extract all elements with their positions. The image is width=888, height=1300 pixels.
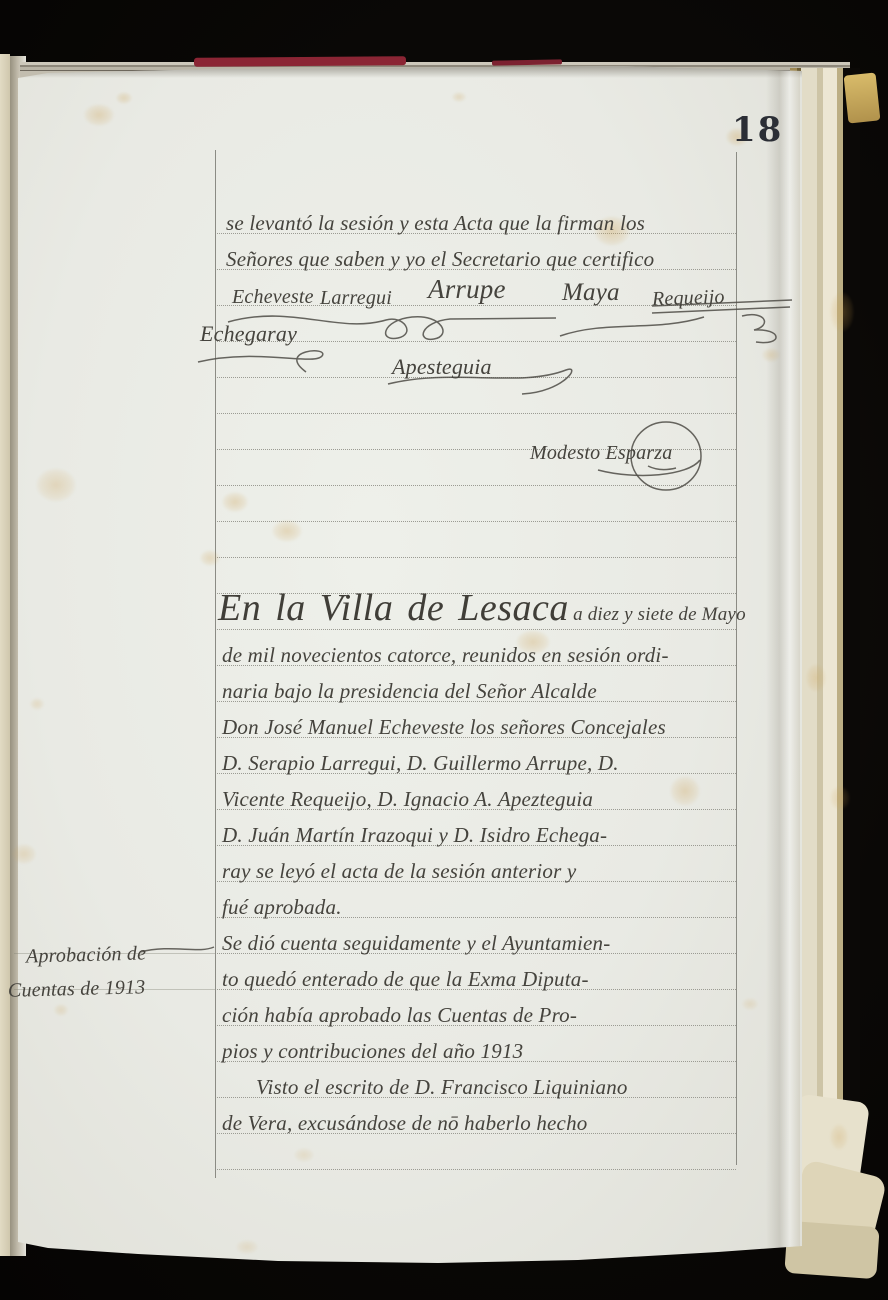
act-line: D. Juán Martín Irazoqui y D. Isidro Eche…	[222, 818, 607, 852]
secretary-signature: Modesto Esparza	[530, 436, 672, 470]
margin-note-line: Cuentas de 1913	[8, 970, 146, 1008]
act-line: Don José Manuel Echeveste los señores Co…	[222, 710, 666, 744]
signature: Echeveste	[232, 280, 314, 314]
margin-note-line: Aprobación de	[26, 936, 147, 973]
act-heading-place: En la Villa de Lesaca	[218, 587, 569, 629]
act-line: Se dió cuenta seguidamente y el Ayuntami…	[222, 926, 610, 960]
signature: Requeijo	[651, 280, 725, 317]
page-number: 18	[732, 110, 783, 150]
closing-line: se levantó la sesión y esta Acta que la …	[226, 206, 645, 240]
rubric-flourish	[198, 351, 323, 372]
act-heading-date: a diez y siete de Mayo	[573, 604, 746, 625]
signature: Maya	[562, 276, 620, 310]
act-line: pios y contribuciones del año 1913	[222, 1034, 523, 1068]
act-line: de Vera, excusándose de nō haberlo hecho	[222, 1106, 587, 1140]
act-line: naria bajo la presidencia del Señor Alca…	[222, 674, 597, 708]
act-line: D. Serapio Larregui, D. Guillermo Arrupe…	[222, 746, 619, 780]
act-line: Visto el escrito de D. Francisco Liquini…	[256, 1070, 628, 1104]
closing-line: Señores que saben y yo el Secretario que…	[226, 242, 654, 276]
signature: Larregui	[320, 281, 392, 315]
signature: Arrupe	[428, 272, 506, 306]
rubric-flourish	[742, 315, 776, 343]
act-line: fué aprobada.	[222, 890, 342, 924]
signature: Echegaray	[200, 317, 297, 351]
archival-photo: 18 se levantó la sesión y esta Acta que …	[0, 0, 888, 1300]
act-heading: En la Villa de Lesaca a diez y siete de …	[218, 586, 746, 638]
act-line: de mil novecientos catorce, reunidos en …	[222, 638, 669, 672]
rubric-flourish	[560, 317, 704, 336]
margin-note-flourish	[140, 947, 214, 952]
act-line: to quedó enterado de que la Exma Diputa-	[222, 962, 589, 996]
signature: Apesteguia	[392, 350, 492, 384]
act-line: ción había aprobado las Cuentas de Pro-	[222, 998, 577, 1032]
act-line: Vicente Requeijo, D. Ignacio A. Apeztegu…	[222, 782, 593, 816]
act-line: ray se leyó el acta de la sesión anterio…	[222, 854, 576, 888]
